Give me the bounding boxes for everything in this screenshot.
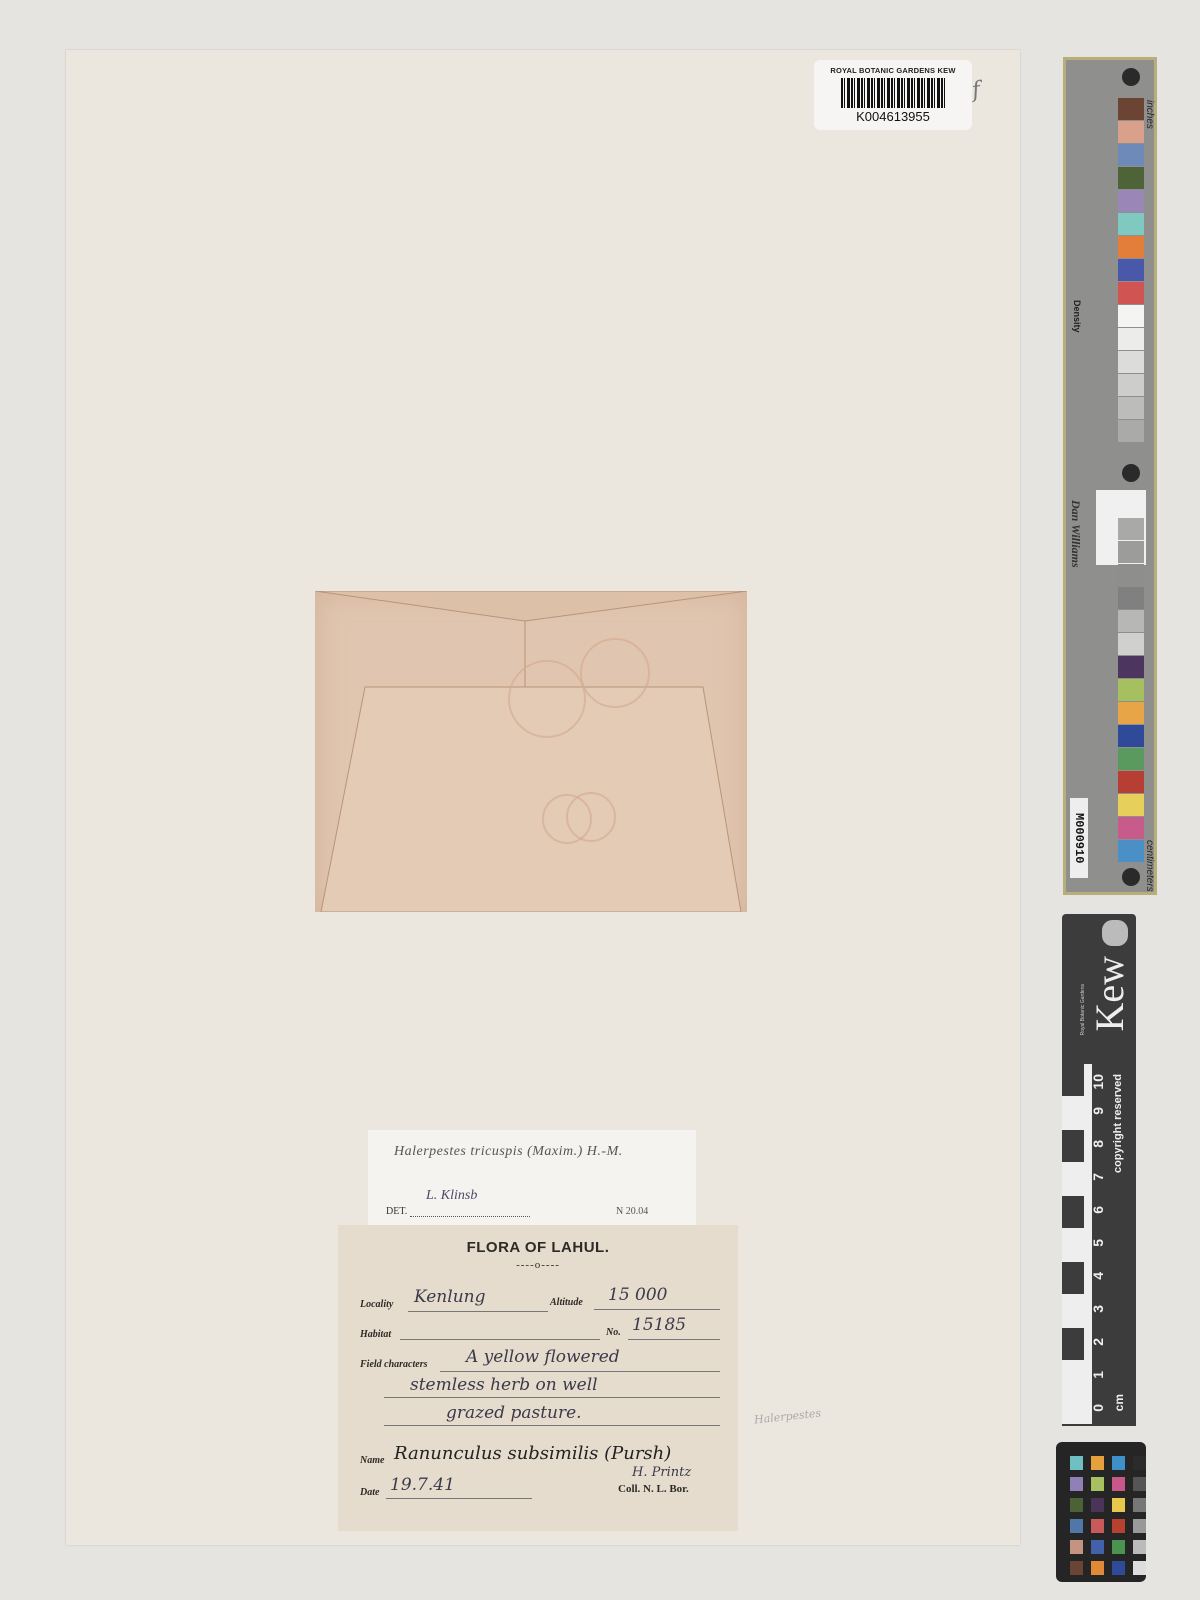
habitat-label: Habitat (360, 1329, 391, 1340)
color-swatch (1118, 725, 1144, 747)
color-swatch (1118, 679, 1144, 701)
color-swatch (1118, 121, 1144, 143)
det-label: DET. (386, 1206, 407, 1217)
color-swatches-bottom (1118, 518, 1144, 863)
color-swatch (1118, 190, 1144, 212)
collector-label: FLORA OF LAHUL. ----o---- Locality Kenlu… (338, 1225, 738, 1531)
label-title: FLORA OF LAHUL. (338, 1239, 738, 1256)
color-swatch (1133, 1456, 1146, 1470)
scale-number: 6 (1090, 1206, 1106, 1214)
date-label: Date (360, 1487, 379, 1498)
color-swatch (1112, 1519, 1125, 1533)
color-calibration-chart: inches Density Dan Williams M000910 cent… (1063, 57, 1157, 895)
color-swatch (1133, 1561, 1146, 1575)
number-label: No. (606, 1327, 621, 1338)
determiner: L. Klinsb (426, 1188, 477, 1204)
registration-dot (1122, 68, 1140, 86)
scale-number: 7 (1090, 1173, 1106, 1181)
color-swatch (1070, 1498, 1083, 1512)
scale-number: 8 (1090, 1140, 1106, 1148)
color-swatch (1091, 1498, 1104, 1512)
color-swatch (1118, 213, 1144, 235)
color-swatch (1070, 1540, 1083, 1554)
color-swatch (1118, 748, 1144, 770)
kew-logo: Kew (1086, 956, 1133, 1032)
color-swatch (1091, 1540, 1104, 1554)
density-label: Density (1072, 300, 1082, 333)
registration-dot (1122, 464, 1140, 482)
scale-number: 3 (1090, 1305, 1106, 1313)
det-dotted-line (410, 1216, 530, 1217)
collector-name: Coll. N. L. Bor. (618, 1483, 689, 1495)
color-swatch (1118, 633, 1144, 655)
name-label: Name (360, 1455, 384, 1466)
color-swatch (1118, 236, 1144, 258)
habitat-line (400, 1339, 600, 1340)
color-swatch (1118, 420, 1144, 442)
det-date: N 20.04 (616, 1206, 648, 1217)
registration-dot (1122, 868, 1140, 886)
color-swatch (1091, 1456, 1104, 1470)
color-swatch (1118, 702, 1144, 724)
altitude-label: Altitude (550, 1297, 583, 1308)
scale-ticks (1062, 1064, 1092, 1424)
color-swatch (1091, 1561, 1104, 1575)
scale-number: 4 (1090, 1272, 1106, 1280)
color-swatch (1133, 1540, 1146, 1554)
color-swatch (1070, 1456, 1083, 1470)
number-line (628, 1339, 720, 1340)
altitude-value: 15 000 (608, 1285, 667, 1305)
color-swatch (1118, 374, 1144, 396)
kew-scale-bar: Kew Royal Botanic Gardens 012345678910 c… (1062, 914, 1136, 1426)
color-swatch (1118, 144, 1144, 166)
field-characters-line-1: A yellow flowered (466, 1347, 620, 1367)
color-swatch (1112, 1477, 1125, 1491)
scale-number: 9 (1090, 1107, 1106, 1115)
color-swatch (1133, 1498, 1146, 1512)
field-line-3 (384, 1425, 720, 1426)
color-swatch (1118, 564, 1144, 586)
color-checker-grid (1070, 1456, 1146, 1575)
color-swatch (1118, 282, 1144, 304)
scale-number: 1 (1090, 1371, 1106, 1379)
determination-slip: Halerpestes tricuspis (Maxim.) H.-M. L. … (368, 1130, 696, 1226)
color-swatch (1118, 98, 1144, 120)
color-swatch (1133, 1477, 1146, 1491)
color-swatch (1118, 610, 1144, 632)
field-line-2 (384, 1397, 720, 1398)
color-swatch (1112, 1456, 1125, 1470)
field-characters-line-2: stemless herb on well (410, 1375, 598, 1395)
color-swatch (1118, 840, 1144, 862)
color-swatch (1118, 656, 1144, 678)
determined-taxon: Halerpestes tricuspis (Maxim.) H.-M. (394, 1144, 623, 1160)
color-swatches-top (1118, 98, 1144, 443)
field-line-1 (440, 1371, 720, 1372)
color-swatch (1118, 518, 1144, 540)
color-swatch (1118, 259, 1144, 281)
color-swatch (1070, 1519, 1083, 1533)
collection-date: 19.7.41 (390, 1475, 455, 1495)
locality-value: Kenlung (414, 1287, 485, 1307)
color-swatch (1118, 771, 1144, 793)
color-swatch (1118, 817, 1144, 839)
color-swatch (1118, 794, 1144, 816)
det-date-value: 20.04 (626, 1206, 649, 1217)
barcode (841, 78, 945, 108)
color-swatch (1091, 1477, 1104, 1491)
scale-number: 0 (1090, 1404, 1106, 1412)
color-swatch (1118, 397, 1144, 419)
chart-brand: Dan Williams (1068, 500, 1083, 568)
scale-number: 5 (1090, 1239, 1106, 1247)
scale-number: 2 (1090, 1338, 1106, 1346)
barcode-id: K004613955 (814, 109, 972, 124)
inches-label: inches (1144, 100, 1155, 129)
date-line (386, 1498, 532, 1499)
color-swatch (1112, 1561, 1125, 1575)
label-separator: ----o---- (338, 1259, 738, 1271)
locality-line (408, 1311, 548, 1312)
color-swatch (1118, 167, 1144, 189)
altitude-line (594, 1309, 720, 1310)
color-swatch (1118, 541, 1144, 563)
color-swatch (1112, 1498, 1125, 1512)
envelope-fold-lines (315, 591, 747, 912)
color-swatch (1118, 328, 1144, 350)
locality-label: Locality (360, 1299, 393, 1310)
copyright-text: copyright reserved (1112, 1074, 1124, 1173)
color-swatch (1118, 305, 1144, 327)
color-swatch (1133, 1519, 1146, 1533)
color-checker-card (1056, 1442, 1146, 1582)
kew-subtitle: Royal Botanic Gardens (1080, 984, 1086, 1035)
scale-number: 10 (1090, 1074, 1106, 1090)
collection-number: 15185 (632, 1315, 686, 1335)
institution-name: ROYAL BOTANIC GARDENS KEW (814, 66, 972, 75)
field-characters-label: Field characters (360, 1359, 428, 1370)
barcode-label: ROYAL BOTANIC GARDENS KEW K004613955 (814, 60, 972, 130)
taxon-author: H. Printz (632, 1465, 691, 1480)
color-swatch (1070, 1561, 1083, 1575)
color-swatch (1118, 351, 1144, 373)
color-swatch (1091, 1519, 1104, 1533)
chart-serial: M000910 (1070, 798, 1088, 878)
scale-numbers: 012345678910 (1090, 1064, 1110, 1426)
det-date-prefix: N (616, 1206, 623, 1217)
color-swatch (1118, 587, 1144, 609)
specimen-envelope (315, 591, 747, 912)
taxon-name: Ranunculus subsimilis (Pursh) (394, 1443, 671, 1464)
unit-label: cm (1112, 1394, 1126, 1411)
centimeters-label: centimeters (1144, 840, 1155, 892)
royal-crest-icon (1102, 920, 1128, 946)
color-swatch (1070, 1477, 1083, 1491)
field-characters-line-3: grazed pasture. (446, 1403, 582, 1423)
color-swatch (1112, 1540, 1125, 1554)
